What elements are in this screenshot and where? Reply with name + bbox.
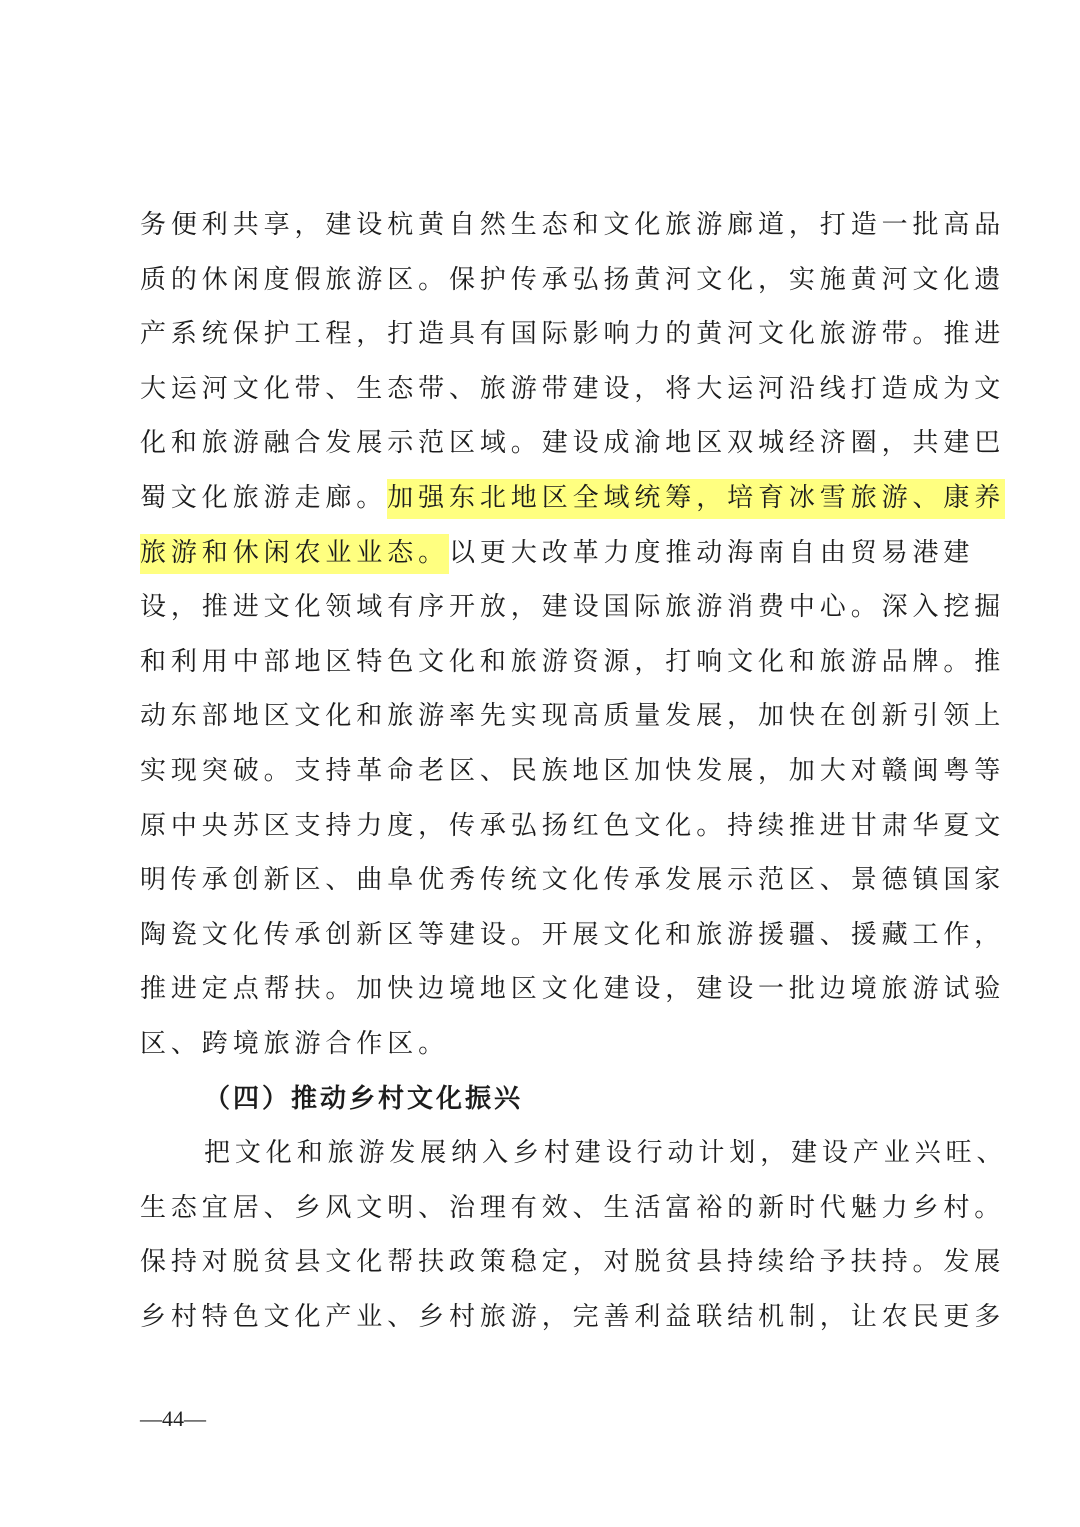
paragraph-line: 大运河文化带、生态带、旅游带建设，将大运河沿线打造成为文 [140, 362, 942, 417]
section-heading: （四）推动乡村文化振兴 [140, 1072, 942, 1127]
paragraph-line: 旅游和休闲农业业态。以更大改革力度推动海南自由贸易港建 [140, 526, 942, 581]
paragraph-line: 实现突破。支持革命老区、民族地区加快发展，加大对赣闽粤等 [140, 744, 942, 799]
highlighted-text: 加强东北地区全域统筹，培育冰雪旅游、康养 [387, 479, 1005, 519]
document-page: 务便利共享，建设杭黄自然生态和文化旅游廊道，打造一批高品 质的休闲度假旅游区。保… [0, 0, 1080, 1527]
paragraph-line: 保持对脱贫县文化帮扶政策稳定，对脱贫县持续给予扶持。发展 [140, 1235, 942, 1290]
paragraph-line: 动东部地区文化和旅游率先实现高质量发展，加快在创新引领上 [140, 689, 942, 744]
paragraph-line: 生态宜居、乡风文明、治理有效、生活富裕的新时代魅力乡村。 [140, 1181, 942, 1236]
paragraph-line: 乡村特色文化产业、乡村旅游，完善利益联结机制，让农民更多 [140, 1290, 942, 1345]
paragraph-line: 质的休闲度假旅游区。保护传承弘扬黄河文化，实施黄河文化遗 [140, 253, 942, 308]
paragraph-line: 陶瓷文化传承创新区等建设。开展文化和旅游援疆、援藏工作， [140, 908, 942, 963]
paragraph-line: 明传承创新区、曲阜优秀传统文化传承发展示范区、景德镇国家 [140, 853, 942, 908]
page-number: —44— [140, 1406, 206, 1432]
paragraph-line: 设，推进文化领域有序开放，建设国际旅游消费中心。深入挖掘 [140, 580, 942, 635]
paragraph-line: 蜀文化旅游走廊。加强东北地区全域统筹，培育冰雪旅游、康养 [140, 471, 942, 526]
paragraph-line: 推进定点帮扶。加快边境地区文化建设，建设一批边境旅游试验 [140, 962, 942, 1017]
paragraph-line: 把文化和旅游发展纳入乡村建设行动计划，建设产业兴旺、 [140, 1126, 942, 1181]
paragraph-line: 区、跨境旅游合作区。 [140, 1017, 942, 1072]
document-body: 务便利共享，建设杭黄自然生态和文化旅游廊道，打造一批高品 质的休闲度假旅游区。保… [140, 198, 942, 1344]
paragraph-line: 化和旅游融合发展示范区域。建设成渝地区双城经济圈，共建巴 [140, 416, 942, 471]
paragraph-line: 原中央苏区支持力度，传承弘扬红色文化。持续推进甘肃华夏文 [140, 799, 942, 854]
line-text: 以更大改革力度推动海南自由贸易港建 [449, 538, 974, 568]
paragraph-line: 产系统保护工程，打造具有国际影响力的黄河文化旅游带。推进 [140, 307, 942, 362]
paragraph-line: 务便利共享，建设杭黄自然生态和文化旅游廊道，打造一批高品 [140, 198, 942, 253]
paragraph-line: 和利用中部地区特色文化和旅游资源，打响文化和旅游品牌。推 [140, 635, 942, 690]
highlighted-text: 旅游和休闲农业业态。 [140, 534, 449, 574]
line-text: 蜀文化旅游走廊。 [140, 483, 387, 513]
